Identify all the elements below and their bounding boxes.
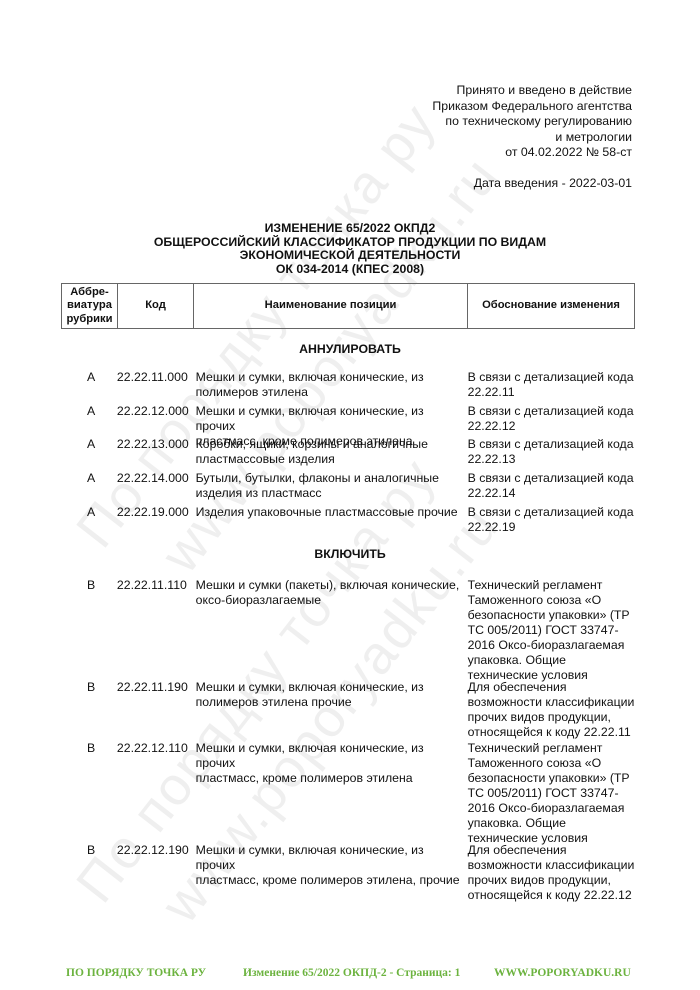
approval-line: Принято и введено в действие — [432, 83, 632, 99]
row-name: Мешки и сумки (пакеты), включая коническ… — [193, 578, 466, 683]
footer-page-info: Изменение 65/2022 ОКПД-2 - Страница: 1 — [243, 966, 460, 981]
effective-date: Дата введения - 2022-03-01 — [432, 176, 632, 192]
table-row: B 22.22.11.190 Мешки и сумки, включая ко… — [61, 680, 635, 740]
row-abbr: B — [61, 843, 113, 903]
approval-block: Принято и введено в действие Приказом Фе… — [432, 83, 632, 191]
row-code: 22.22.11.190 — [113, 680, 193, 740]
row-abbr: A — [61, 471, 113, 501]
row-name: Бутыли, бутылки, флаконы и аналогичныеиз… — [193, 471, 466, 501]
row-code: 22.22.12.190 — [113, 843, 193, 903]
header-text: виатура — [66, 299, 112, 313]
header-text: Аббре- — [66, 286, 112, 300]
document-title: ИЗМЕНЕНИЕ 65/2022 ОКПД2 ОБЩЕРОССИЙСКИЙ К… — [0, 222, 700, 276]
row-reason: В связи с детализацией кода22.22.19 — [466, 505, 635, 535]
row-code: 22.22.19.000 — [113, 505, 193, 535]
row-reason: В связи с детализацией кода22.22.13 — [466, 437, 635, 467]
approval-line: Приказом Федерального агентства — [432, 99, 632, 115]
footer-site-url[interactable]: WWW.POPORYADKU.RU — [494, 966, 631, 981]
approval-line: и метрологии — [432, 130, 632, 146]
row-reason: В связи с детализацией кода22.22.14 — [466, 471, 635, 501]
title-line: ОК 034-2014 (КПЕС 2008) — [0, 263, 700, 277]
row-reason: В связи с детализацией кода22.22.11 — [466, 370, 635, 400]
column-header-code: Код — [118, 284, 194, 328]
row-code: 22.22.12.110 — [113, 741, 193, 846]
row-reason: Технический регламентТаможенного союза «… — [466, 741, 635, 846]
row-name: Мешки и сумки, включая конические, из пр… — [193, 843, 466, 903]
column-header-abbreviation: Аббре- виатура рубрики — [62, 284, 118, 328]
section-title-include: ВКЛЮЧИТЬ — [0, 547, 700, 562]
column-header-name: Наименование позиции — [194, 284, 468, 328]
row-name: Изделия упаковочные пластмассовые прочие — [193, 505, 466, 535]
row-abbr: A — [61, 437, 113, 467]
table-row: A 22.22.13.000 Коробки, ящики, корзины и… — [61, 437, 635, 467]
title-line: ЭКОНОМИЧЕСКОЙ ДЕЯТЕЛЬНОСТИ — [0, 249, 700, 263]
footer-site-name: ПО ПОРЯДКУ ТОЧКА РУ — [66, 966, 206, 981]
approval-line: по техническому регулированию — [432, 114, 632, 130]
row-abbr: A — [61, 370, 113, 400]
approval-order-number: от 04.02.2022 № 58-ст — [432, 145, 632, 161]
row-name: Коробки, ящики, корзины и аналогичныепла… — [193, 437, 466, 467]
table-row: A 22.22.14.000 Бутыли, бутылки, флаконы … — [61, 471, 635, 501]
row-abbr: B — [61, 741, 113, 846]
row-abbr: B — [61, 680, 113, 740]
table-row: A 22.22.19.000 Изделия упаковочные пласт… — [61, 505, 635, 535]
table-row: A 22.22.11.000 Мешки и сумки, включая ко… — [61, 370, 635, 400]
table-header: Аббре- виатура рубрики Код Наименование … — [61, 283, 635, 329]
row-code: 22.22.11.000 — [113, 370, 193, 400]
table-row: B 22.22.12.110 Мешки и сумки, включая ко… — [61, 741, 635, 846]
title-line: ОБЩЕРОССИЙСКИЙ КЛАССИФИКАТОР ПРОДУКЦИИ П… — [0, 236, 700, 250]
row-name: Мешки и сумки, включая конические, из пр… — [193, 741, 466, 846]
row-reason: Для обеспечениявозможности классификации… — [466, 843, 635, 903]
row-code: 22.22.13.000 — [113, 437, 193, 467]
row-code: 22.22.11.110 — [113, 578, 193, 683]
table-row: B 22.22.11.110 Мешки и сумки (пакеты), в… — [61, 578, 635, 683]
row-name: Мешки и сумки, включая конические, изпол… — [193, 680, 466, 740]
header-text: рубрики — [66, 313, 112, 327]
row-reason: Для обеспечениявозможности классификации… — [466, 680, 635, 740]
title-line: ИЗМЕНЕНИЕ 65/2022 ОКПД2 — [0, 222, 700, 236]
row-name: Мешки и сумки, включая конические, изпол… — [193, 370, 466, 400]
row-abbr: A — [61, 505, 113, 535]
section-title-annul: АННУЛИРОВАТЬ — [0, 342, 700, 357]
row-abbr: B — [61, 578, 113, 683]
row-reason: Технический регламентТаможенного союза «… — [466, 578, 635, 683]
row-code: 22.22.14.000 — [113, 471, 193, 501]
column-header-reason: Обоснование изменения — [468, 284, 634, 328]
table-row: B 22.22.12.190 Мешки и сумки, включая ко… — [61, 843, 635, 903]
